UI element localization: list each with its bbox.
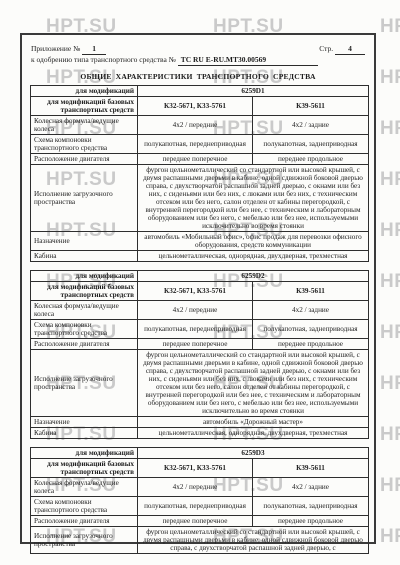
appendix-label: Приложение № <box>31 44 80 53</box>
layout-scheme-label: Схема компоновки транспортного средства <box>31 497 138 516</box>
watermark-text: HPT.SU <box>380 220 400 242</box>
wheel-formula-right: 4х2 / задние <box>253 478 369 497</box>
watermark-text: HPT.SU <box>380 169 400 191</box>
engine-position-right: переднее продольное <box>253 339 369 350</box>
cargo-space-value: фургон цельнометаллический со стандартно… <box>138 350 369 417</box>
purpose-value: автомобиль «Мобильный офис», офис продаж… <box>138 232 369 251</box>
cabin-label: Кабина <box>31 251 138 262</box>
purpose-label: Назначение <box>31 417 138 428</box>
page-number-block: Стр. 4 <box>319 44 365 55</box>
cabin-value: цельнометаллическая, однорядная, двухдве… <box>138 428 369 439</box>
page-number: 4 <box>335 44 365 55</box>
base-models-left: К32-5671, К33-5761 <box>138 97 253 116</box>
layout-scheme-right: полукапотная, заднеприводная <box>253 320 369 339</box>
watermark-text: HPT.SU <box>380 373 400 395</box>
wheel-formula-left: 4х2 / передние <box>138 301 253 320</box>
page-label: Стр. <box>319 44 333 53</box>
layout-scheme-right: полукапотная, заднеприводная <box>253 135 369 154</box>
engine-position-right: переднее продольное <box>253 154 369 165</box>
watermark-text: HPT.SU <box>380 424 400 446</box>
modification-code: 6259D2 <box>138 271 369 282</box>
wheel-formula-label: Колесная формула/ведущие колеса <box>31 301 138 320</box>
layout-scheme-right: полукапотная, заднеприводная <box>253 497 369 516</box>
modifications-label: для модификаций <box>31 448 138 459</box>
spec-table-1: для модификаций 6259D1 для модификаций б… <box>30 85 369 262</box>
purpose-value: автомобиль «Дорожный мастер» <box>138 417 369 428</box>
cargo-space-value: фургон цельнометаллический со стандартно… <box>138 165 369 232</box>
engine-position-left: переднее поперечное <box>138 154 253 165</box>
appendix-number: 1 <box>82 44 106 55</box>
modification-code: 6259D1 <box>138 86 369 97</box>
engine-position-label: Расположение двигателя <box>31 154 138 165</box>
engine-position-right: переднее продольное <box>253 516 369 527</box>
cargo-space-label: Исполнение загрузочного пространства <box>31 350 138 417</box>
approval-prefix: к одобрению типа транспортного средства … <box>31 55 176 64</box>
wheel-formula-left: 4х2 / передние <box>138 116 253 135</box>
watermark-text: HPT.SU <box>380 271 400 293</box>
base-models-right: К39-5611 <box>253 97 369 116</box>
layout-scheme-label: Схема компоновки транспортного средства <box>31 320 138 339</box>
engine-position-left: переднее поперечное <box>138 339 253 350</box>
wheel-formula-left: 4х2 / передние <box>138 478 253 497</box>
base-models-label: для модификаций базовых транспортных сре… <box>31 282 138 301</box>
layout-scheme-left: полукапотная, переднеприводная <box>138 320 253 339</box>
engine-position-label: Расположение двигателя <box>31 516 138 527</box>
cargo-space-label: Исполнение загрузочного пространства <box>31 165 138 232</box>
page-border: Приложение № 1 к одобрению типа транспор… <box>20 33 376 544</box>
cabin-value: цельнометаллическая, однорядная, двухдве… <box>138 251 369 262</box>
layout-scheme-left: полукапотная, переднеприводная <box>138 497 253 516</box>
watermark-text: HPT.SU <box>380 322 400 344</box>
purpose-label: Назначение <box>31 232 138 251</box>
wheel-formula-right: 4х2 / задние <box>253 301 369 320</box>
base-models-label: для модификаций базовых транспортных сре… <box>31 459 138 478</box>
modifications-label: для модификаций <box>31 86 138 97</box>
engine-position-left: переднее поперечное <box>138 516 253 527</box>
watermark-text: HPT.SU <box>380 475 400 497</box>
engine-position-label: Расположение двигателя <box>31 339 138 350</box>
modification-code: 6259D3 <box>138 448 369 459</box>
watermark-text: HPT.SU <box>380 118 400 140</box>
cabin-label: Кабина <box>31 428 138 439</box>
wheel-formula-label: Колесная формула/ведущие колеса <box>31 116 138 135</box>
watermark-text: HPT.SU <box>380 526 400 548</box>
appendix-block: Приложение № 1 к одобрению типа транспор… <box>31 44 318 66</box>
cargo-space-value: фургон цельнометаллический со стандартно… <box>138 527 369 554</box>
watermark-text: HPT.SU <box>380 16 400 38</box>
modifications-label: для модификаций <box>31 271 138 282</box>
spec-table-3: для модификаций 6259D3 для модификаций б… <box>30 447 369 554</box>
watermark-text: HPT.SU <box>380 67 400 89</box>
base-models-label: для модификаций базовых транспортных сре… <box>31 97 138 116</box>
layout-scheme-left: полукапотная, переднеприводная <box>138 135 253 154</box>
base-models-left: К32-5671, К33-5761 <box>138 282 253 301</box>
document-canvas: HPT.SUHPT.SUHPT.SUHPT.SUHPT.SUHPT.SUHPT.… <box>0 0 400 565</box>
wheel-formula-right: 4х2 / задние <box>253 116 369 135</box>
cargo-space-label: Исполнение загрузочного пространства <box>31 527 138 554</box>
approval-number: ТС RU E-RU.МТ30.00569 <box>178 55 318 66</box>
base-models-right: К39-5611 <box>253 459 369 478</box>
document-title: ОБЩИЕ ХАРАКТЕРИСТИКИ ТРАНСПОРТНОГО СРЕДС… <box>22 72 374 81</box>
page-header: Приложение № 1 к одобрению типа транспор… <box>31 44 365 66</box>
wheel-formula-label: Колесная формула/ведущие колеса <box>31 478 138 497</box>
base-models-left: К32-5671, К33-5761 <box>138 459 253 478</box>
base-models-right: К39-5611 <box>253 282 369 301</box>
spec-table-2: для модификаций 6259D2 для модификаций б… <box>30 270 369 439</box>
layout-scheme-label: Схема компоновки транспортного средства <box>31 135 138 154</box>
